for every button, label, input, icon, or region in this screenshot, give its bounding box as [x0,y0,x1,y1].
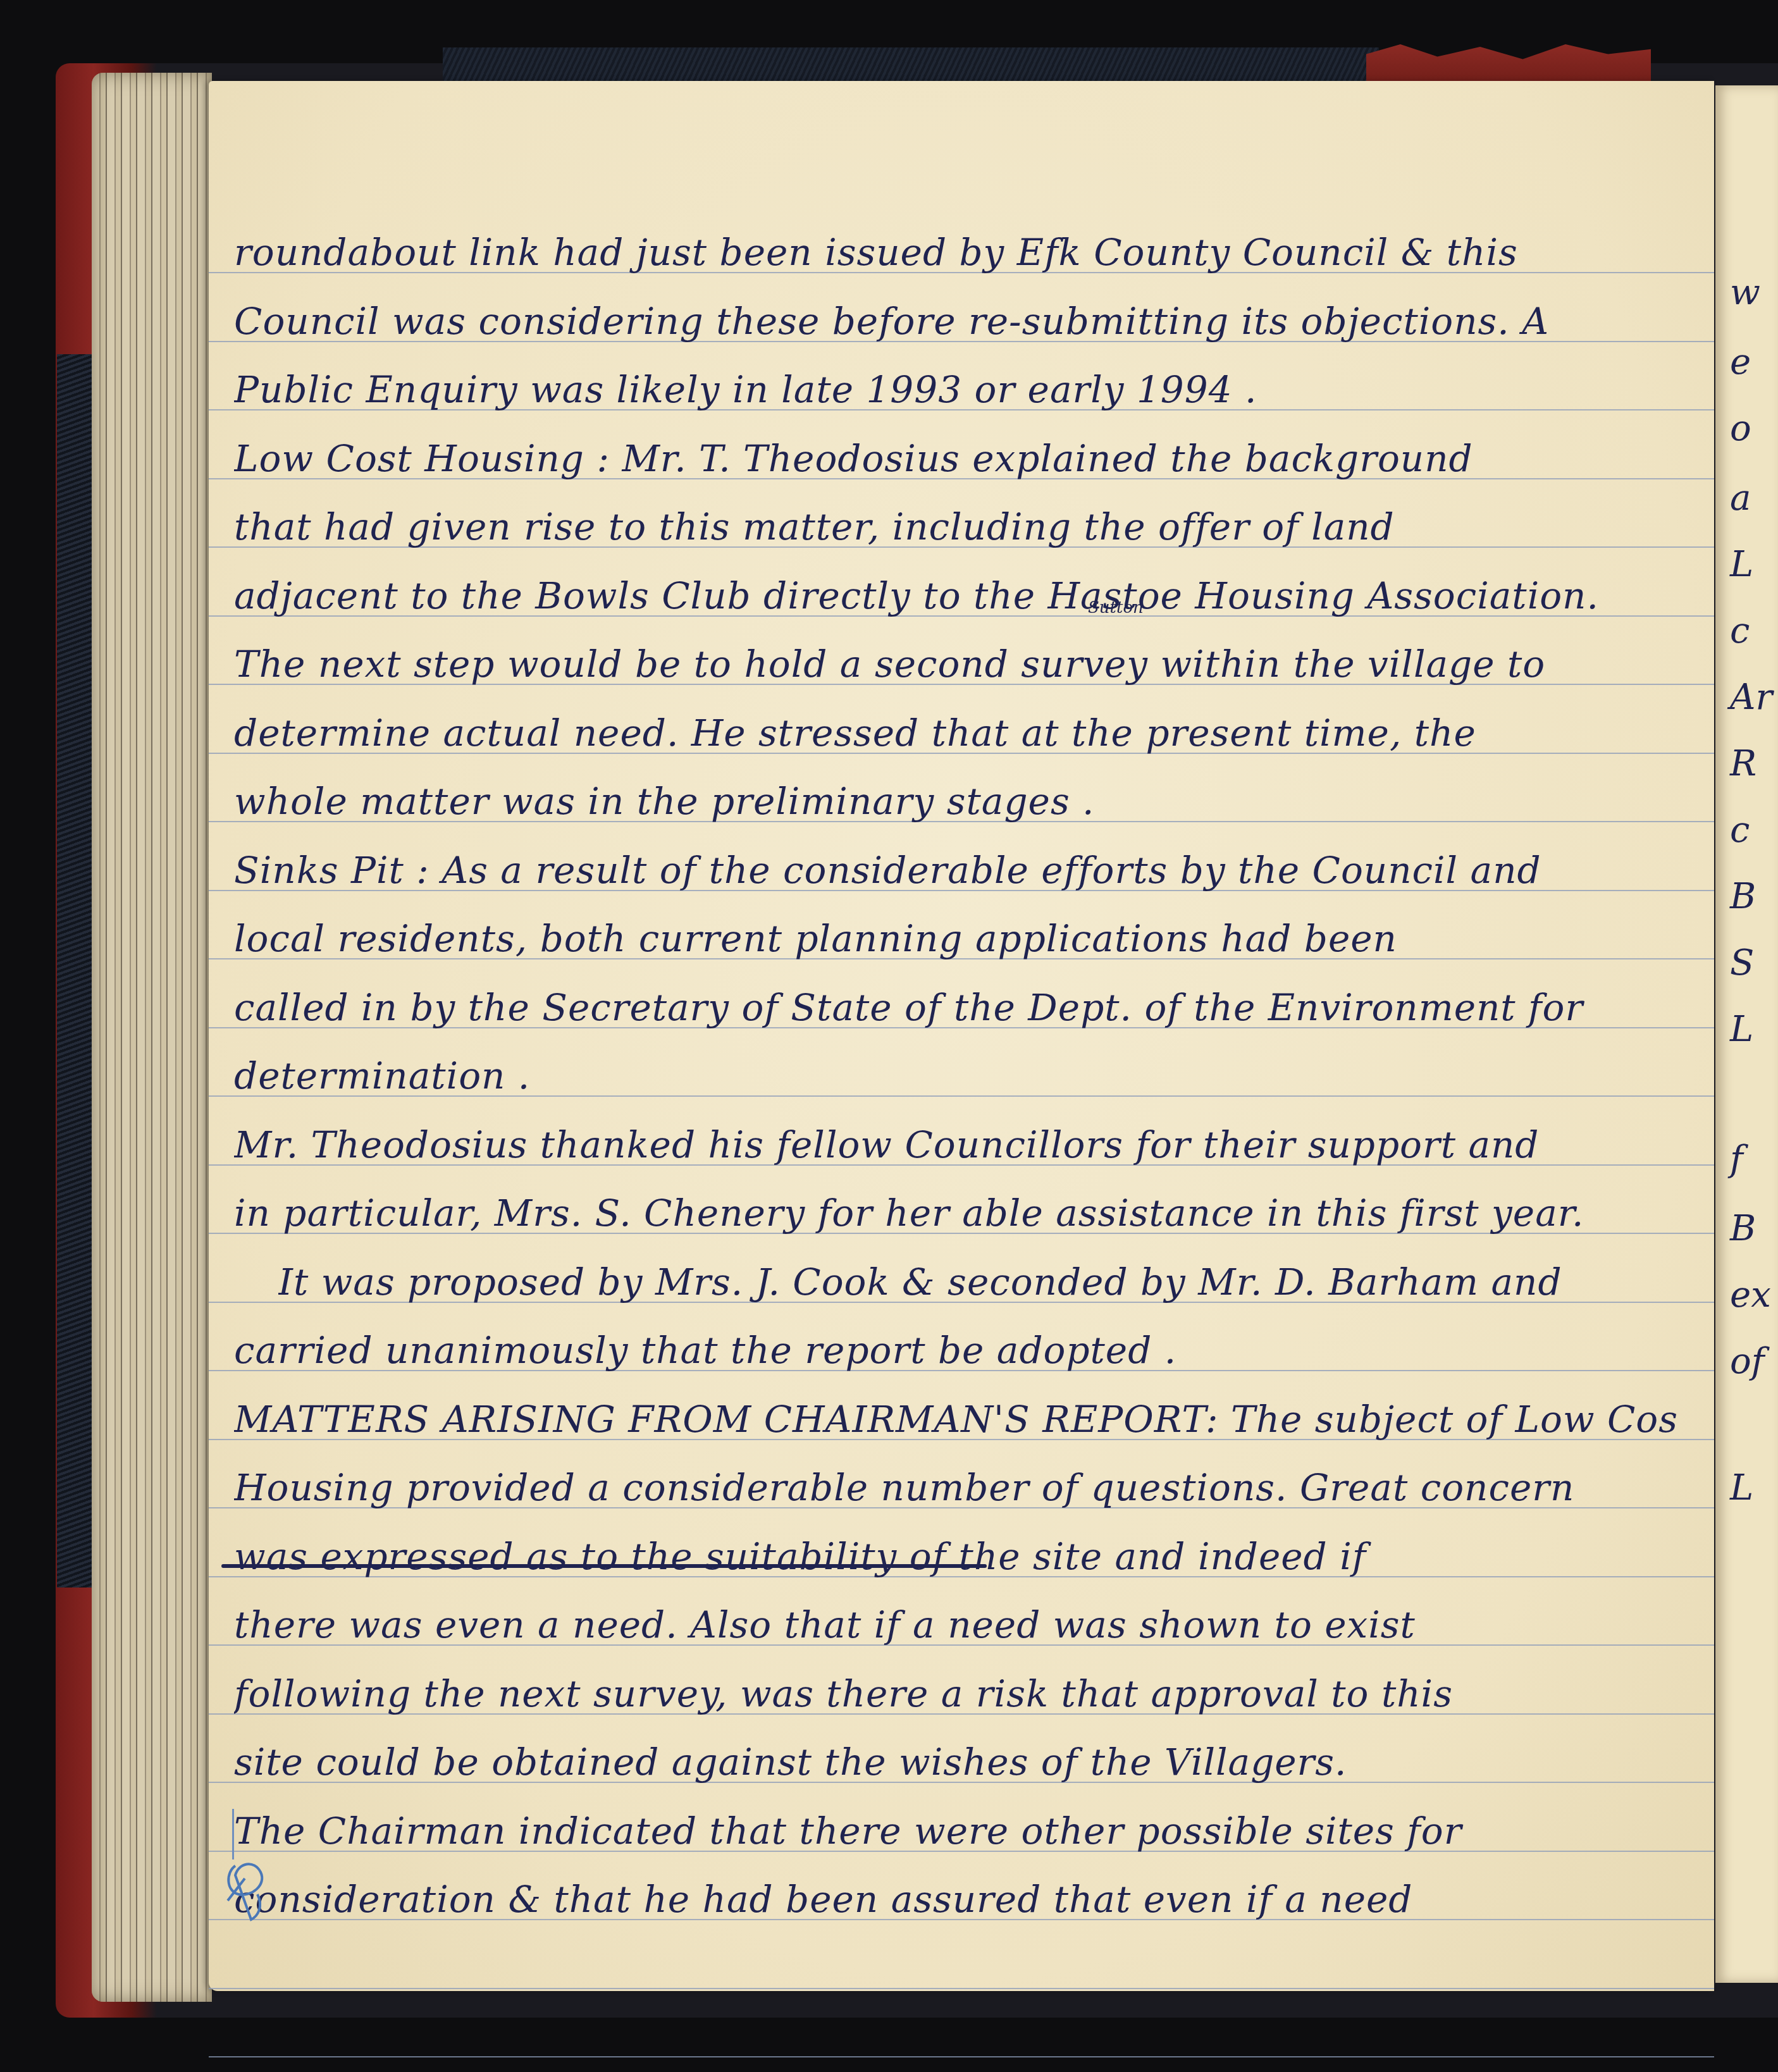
minute-line: that had given rise to this matter, incl… [234,505,1676,549]
facing-page-fragment: e [1730,342,1751,383]
minute-line: Sinks Pit : As a result of the considera… [234,848,1676,892]
ruled-line [209,1988,1714,1989]
minute-line: MATTERS ARISING FROM CHAIRMAN'S REPORT: … [234,1397,1676,1441]
minute-line: determine actual need. He stressed that … [234,711,1676,755]
minute-line: local residents, both current planning a… [234,916,1676,961]
minute-line: Public Enquiry was likely in late 1993 o… [234,367,1676,412]
facing-page-fragment: S [1730,942,1754,984]
minute-line: roundabout link had just been issued by … [234,230,1676,274]
facing-page-fragment: L [1730,544,1753,585]
minute-line: The Chairman indicated that there were o… [234,1809,1676,1853]
minute-line: It was proposed by Mrs. J. Cook & second… [278,1260,1676,1304]
facing-page-fragment: o [1730,408,1751,449]
book-spine-cloth [57,354,92,1588]
minute-line: Council was considering these before re-… [234,299,1676,343]
minute-line: adjacent to the Bowls Club directly to t… [234,574,1676,618]
facing-page-fragment: R [1730,743,1756,784]
facing-page-fragment: L [1730,1467,1753,1508]
minute-line: was expressed as to the suitability of t… [234,1534,1676,1579]
minute-line: determination . [234,1054,1676,1098]
page-block-edges [92,73,212,2002]
minute-line: Mr. Theodosius thanked his fellow Counci… [234,1123,1676,1167]
facing-page-fragment: B [1730,1208,1756,1249]
facing-page-fragment: f [1730,1138,1743,1180]
minute-line: following the next survey, was there a r… [234,1672,1676,1716]
facing-page-fragment: of [1730,1341,1764,1382]
margin-mark [232,1809,234,1859]
inserted-word-sutton: Sutton [1088,598,1144,617]
facing-page-fragment: B [1730,876,1756,917]
ruled-line [209,2056,1714,2057]
heading-underline [221,1564,987,1568]
minute-line: there was even a need. Also that if a ne… [234,1603,1676,1647]
facing-page-fragment: L [1730,1009,1753,1050]
minute-line: The next step would be to hold a second … [234,642,1676,686]
minute-line: called in by the Secretary of State of t… [234,985,1676,1030]
facing-page-fragment: Ar [1730,677,1772,718]
minute-line: in particular, Mrs. S. Chenery for her a… [234,1191,1676,1235]
minute-line: carried unanimously that the report be a… [234,1328,1676,1372]
facing-page-fragment: a [1730,478,1751,519]
minute-line: site could be obtained against the wishe… [234,1740,1676,1784]
minute-line: Low Cost Housing : Mr. T. Theodosius exp… [234,436,1676,481]
facing-page-fragment: w [1730,272,1760,313]
minute-line: consideration & that he had been assured… [234,1877,1676,1921]
facing-page-fragment: ex [1730,1274,1771,1316]
initials-signature [223,1856,273,1926]
minute-line: whole matter was in the preliminary stag… [234,779,1676,823]
facing-page-fragment: c [1730,810,1750,851]
facing-page-fragment: c [1730,610,1750,651]
minute-line: Housing provided a considerable number o… [234,1465,1676,1510]
notebook-page: roundabout link had just been issued by … [209,81,1714,1991]
